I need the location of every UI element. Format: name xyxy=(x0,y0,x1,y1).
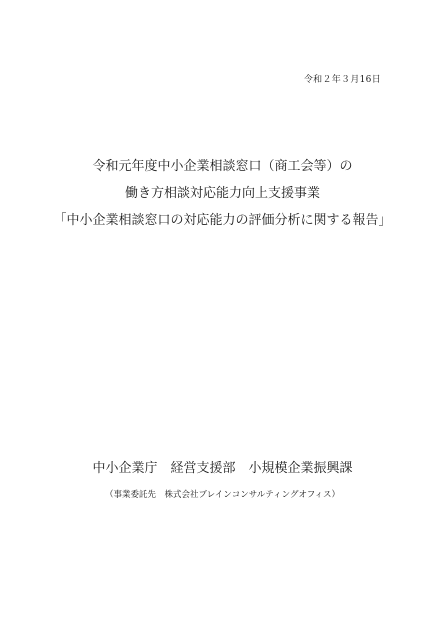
issuing-agency: 中小企業庁 経営支援部 小規模企業振興課 xyxy=(0,457,445,476)
contractor-note: （事業委託先 株式会社ブレインコンサルティングオフィス） xyxy=(0,488,445,500)
title-line-1: 令和元年度中小企業相談窓口（商工会等）の xyxy=(0,155,445,174)
title-line-2: 働き方相談対応能力向上支援事業 xyxy=(0,182,445,201)
title-line-3: 「中小企業相談窓口の対応能力の評価分析に関する報告」 xyxy=(0,209,445,228)
report-date: 令和２年３月16日 xyxy=(304,72,381,85)
